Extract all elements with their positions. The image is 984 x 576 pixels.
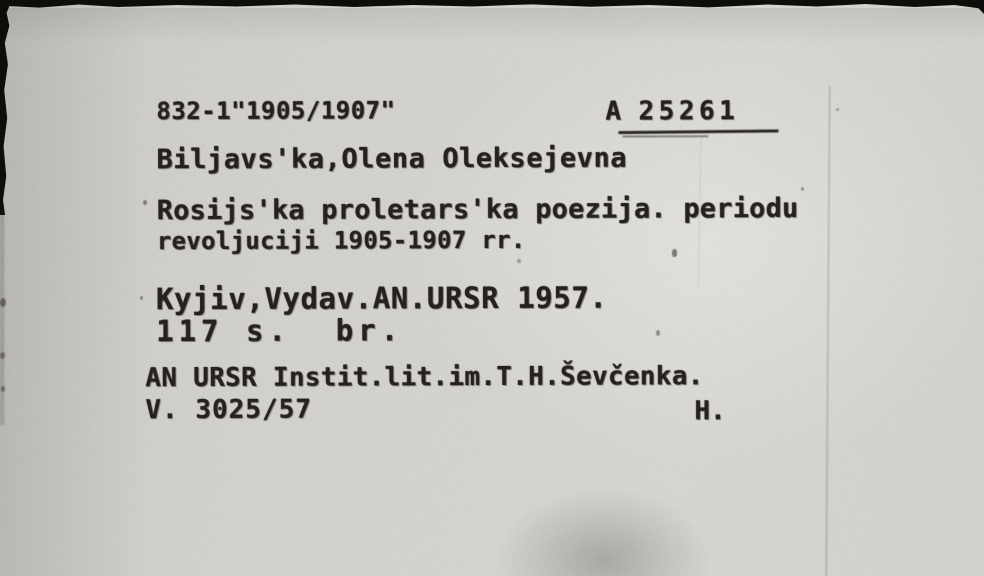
scanned-catalog-card: 832-1"1905/1907" A25261 Biljavs'ka,Olena…	[0, 0, 984, 576]
classification-number: 832-1"1905/1907"	[156, 96, 395, 125]
imprint-line: Kyjiv,Vydav.AN.URSR 1957.	[156, 281, 608, 317]
accession-underline	[618, 129, 778, 134]
call-number: V. 3025/57	[145, 395, 312, 426]
accession-digits: 25261	[638, 96, 739, 126]
accession-label: A	[605, 97, 625, 127]
title-line-2: revoljuciji 1905-1907 rr.	[157, 226, 526, 255]
author-heading: Biljavs'ka,Olena Oleksejevna	[156, 143, 627, 176]
accession-number: A25261	[605, 96, 739, 126]
accession-underline-double	[622, 135, 708, 137]
title-line-1: Rosijs'ka proletars'ka poezija. periodu	[157, 193, 799, 226]
collation-line: 117 s. br.	[156, 313, 403, 348]
typewritten-text: 832-1"1905/1907" A25261 Biljavs'ka,Olena…	[0, 0, 984, 576]
series-note: AN URSR Instit.lit.im.T.H.Ševčenka.	[145, 361, 703, 393]
cataloger-initial: H.	[694, 396, 725, 426]
